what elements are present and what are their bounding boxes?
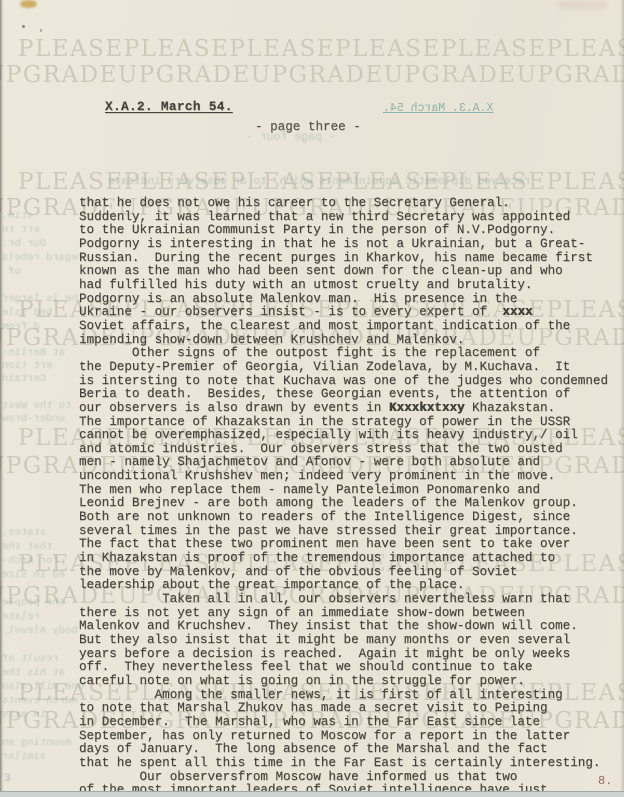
body-line: several times in the past we have stress… xyxy=(79,525,608,539)
corner-mark: 3 xyxy=(4,773,11,785)
body-line: Podgorny is an absolute Malenkov man. Hi… xyxy=(79,293,608,307)
body-line: to the Ukrainian Communist Party in the … xyxy=(79,224,608,238)
body-line: had fulfilled his duty with an utmost cr… xyxy=(79,279,608,293)
paper-smudge-pink xyxy=(558,2,606,8)
scanned-document-page: PLEASEPLEASEPLEASEPLEASEPLEASEPLEASEUPGR… xyxy=(0,0,624,797)
bleedthrough-fragment: Certain xyxy=(2,373,46,385)
bleedthrough-fragment: the people xyxy=(2,597,65,609)
bleedthrough-fragment: mounting an xyxy=(2,737,71,749)
body-line: The fact that these two prominent men ha… xyxy=(79,538,608,552)
body-line: impending show-down between Krushchev an… xyxy=(79,334,608,348)
bleedthrough-fragment: that the xyxy=(2,541,52,553)
bleedthrough-header-mirror: X.A.3. March 54. xyxy=(383,102,493,115)
scan-edge-bottom xyxy=(0,791,624,797)
bleedthrough-fragment: at Berlin- xyxy=(2,347,65,359)
bleedthrough-fragment: stin. xyxy=(2,210,34,222)
bleedthrough-fragment: states. xyxy=(2,527,46,539)
body-line: men - namely Shajachmetov and Afonov - w… xyxy=(79,456,608,470)
bleedthrough-fragment: at his the xyxy=(2,667,65,679)
bleedthrough-fragment: d from xyxy=(2,321,40,333)
body-line: Leonid Brejnev - are both among the lead… xyxy=(79,497,608,511)
bleedthrough-fragment: similar xyxy=(2,751,46,763)
body-line: leadership about the great importance of… xyxy=(79,579,608,593)
bleedthrough-fragment: relate xyxy=(2,611,40,623)
bleedthrough-fragment: result of xyxy=(2,653,59,665)
body-line: careful note on what is going on in the … xyxy=(79,675,608,689)
body-line: that he does not owe his career to the S… xyxy=(79,197,608,211)
bleedthrough-fragment: regard rebels xyxy=(2,252,84,264)
paper-speck xyxy=(40,29,42,32)
bleedthrough-fragment: one will also xyxy=(2,681,84,693)
body-line: Other signs of the outpost fight is the … xyxy=(79,347,608,361)
bleedthrough-fragment: to the West xyxy=(2,400,71,412)
body-line: is intersting to note that Kuchava was o… xyxy=(79,375,608,389)
body-line: Suddenly, it was learned that a new thir… xyxy=(79,211,608,225)
document-reference: X.A.2. March 54. xyxy=(105,99,233,114)
bleedthrough-fragment: march events xyxy=(2,695,78,707)
bleedthrough-fragment: bed Isle xyxy=(2,307,52,319)
body-line: cannot be overemphasized, especially wit… xyxy=(79,429,608,443)
page-number: 8. xyxy=(598,774,613,788)
body-line: unconditional Krushshev men; indeed very… xyxy=(79,470,608,484)
bleedthrough-fragment: body Alevol, xyxy=(2,625,78,637)
bleedthrough-fragment: he is larger xyxy=(2,293,78,305)
scan-edge-left xyxy=(0,0,4,797)
body-line: the move by Malenkov, and of the obvious… xyxy=(79,566,608,580)
body-line: Russian. During the recent purges in Kha… xyxy=(79,252,608,266)
document-body: that he does not owe his career to the S… xyxy=(79,197,608,797)
bleedthrough-fragment: for Arch- xyxy=(2,555,59,567)
paper-speck xyxy=(22,25,25,28)
body-line: The men who replace them - namely Pantel… xyxy=(79,484,608,498)
body-line: September, has only returned to Moscow f… xyxy=(79,730,608,744)
bleedthrough-fragment: of xyxy=(8,266,21,278)
body-line: to note that Marshal Zhukov has made a s… xyxy=(79,702,608,716)
body-line: The importance of Khazakstan in the stra… xyxy=(79,416,608,430)
bleedthrough-line-mirror: received diplomatic appointments which, … xyxy=(108,176,530,188)
bleedthrough-fragment: under-brow xyxy=(2,413,65,425)
body-line: Taken all in all, our observers neverthe… xyxy=(79,593,608,607)
body-line: the Deputy-Premier of Georgia, Vilian Zo… xyxy=(79,361,608,375)
bleedthrough-fragment: ert tion xyxy=(2,360,52,372)
body-line: Our observersfrom Moscow have informed u… xyxy=(79,771,608,785)
body-line: Podgorny is interesting in that he is no… xyxy=(79,238,608,252)
body-line: Malenkov and Kruchshev. They insist that… xyxy=(79,620,608,634)
body-line: in Khazakstan is proof of the tremendous… xyxy=(79,552,608,566)
body-line: and atomic industries. Our observers str… xyxy=(79,443,608,457)
body-line: Beria to death. Besides, these Georgian … xyxy=(79,388,608,402)
bleedthrough-fragment: Our br. xyxy=(2,238,46,250)
body-line: Ukraine - our observers insist - is to e… xyxy=(79,306,608,320)
page-label: - page three - xyxy=(255,120,361,134)
body-line: off. They nevertheless feel that we shou… xyxy=(79,661,608,675)
body-line: that he spent all this time in the Far E… xyxy=(79,757,608,771)
body-line: Both are not unknown to readers of the I… xyxy=(79,511,608,525)
bleedthrough-fragment: ed in size xyxy=(2,569,65,581)
body-line: our observers is also drawn by events in… xyxy=(79,402,608,416)
body-line: there is not yet any sign of an immediat… xyxy=(79,607,608,621)
body-line: days of January. The long absence of the… xyxy=(79,743,608,757)
body-line: years before a decision is reached. Agai… xyxy=(79,648,608,662)
body-line: Soviet affairs, the clearest and most im… xyxy=(79,320,608,334)
body-line: Among the smaller news, it is first of a… xyxy=(79,689,608,703)
body-line: in December. The Marshal, who was in the… xyxy=(79,716,608,730)
scan-edge-right xyxy=(620,0,624,797)
paper-stain-yellow xyxy=(20,0,37,8)
bleedthrough-fragment: in axis xyxy=(2,709,46,721)
body-line: But they also insist that it might be ma… xyxy=(79,634,608,648)
body-line: known as the man who had been sent down … xyxy=(79,265,608,279)
bleedthrough-fragment: ert to xyxy=(2,224,40,236)
